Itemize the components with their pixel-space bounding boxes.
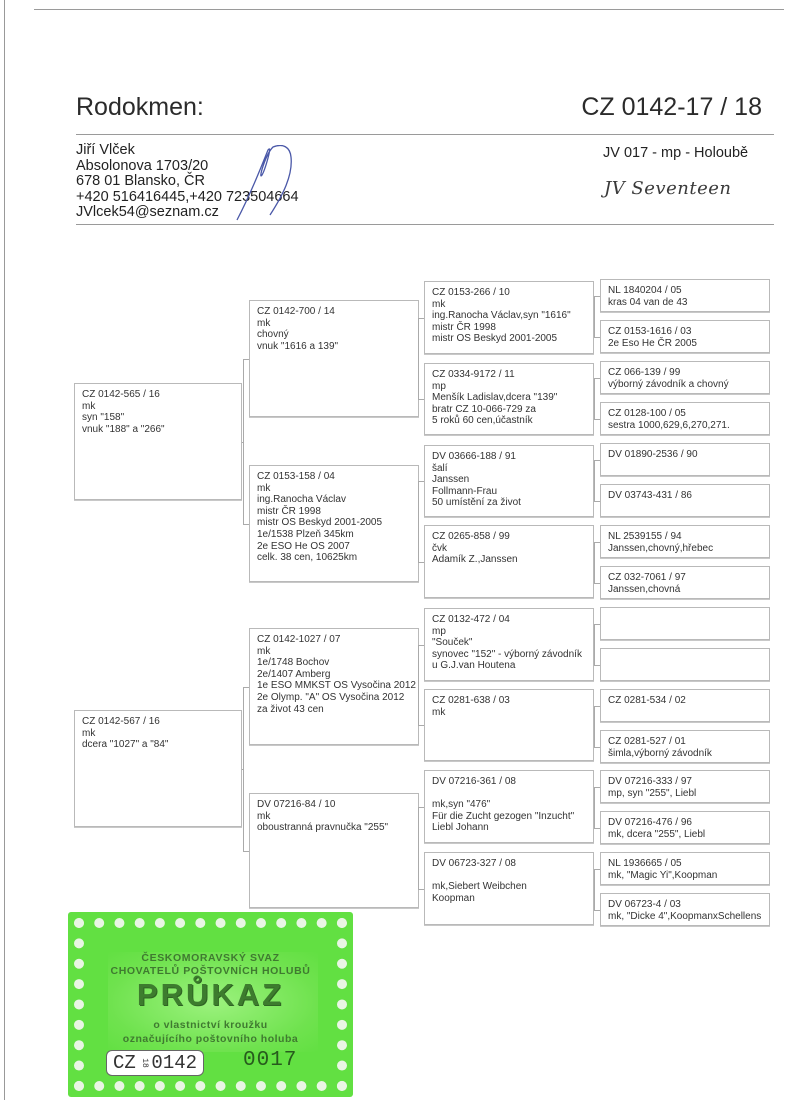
ring-id: DV 01890-2536 / 90 bbox=[608, 449, 762, 461]
note-line: výborný závodník a chovný bbox=[608, 379, 762, 391]
pedigree-box-gggp bbox=[600, 648, 770, 681]
pedigree-box-gggp: DV 01890-2536 / 90 bbox=[600, 443, 770, 476]
ring-id: CZ 0153-1616 / 03 bbox=[608, 326, 762, 338]
note-line: 2e/1407 Amberg bbox=[257, 669, 411, 681]
note-line: mk bbox=[432, 299, 586, 311]
note-line: 1e/1748 Bochov bbox=[257, 657, 411, 669]
connector-line bbox=[418, 645, 424, 646]
connector-line bbox=[418, 807, 424, 808]
ring-id: CZ 0128-100 / 05 bbox=[608, 408, 762, 420]
connector-line bbox=[594, 583, 600, 584]
ring-id: CZ 0142-700 / 14 bbox=[257, 306, 411, 318]
ownership-card: ČESKOMORAVSKÝ SVAZ CHOVATELŮ POŠTOVNÍCH … bbox=[68, 912, 353, 1097]
ring-id: NL 1936665 / 05 bbox=[608, 858, 762, 870]
note-line: 2e ESO He OS 2007 bbox=[257, 541, 411, 553]
connector-line bbox=[594, 869, 600, 870]
note-line: mp bbox=[432, 626, 586, 638]
note-line: "Souček" bbox=[432, 637, 586, 649]
note-line: mistr OS Beskyd 2001-2005 bbox=[257, 517, 411, 529]
connector-line bbox=[418, 645, 419, 726]
ring-number: CZ 0142-17 / 18 bbox=[581, 93, 762, 122]
note-line: 1e ESO MMKST OS Vysočina 2012 bbox=[257, 680, 411, 692]
note-line: u G.J.van Houtena bbox=[432, 660, 586, 672]
pedigree-box-father: CZ 0142-565 / 16mksyn "158"vnuk "188" a … bbox=[74, 383, 242, 500]
divider bbox=[76, 134, 774, 135]
note-line bbox=[432, 788, 586, 800]
note-line: Janssen,chovná bbox=[608, 584, 762, 596]
note-line: ing.Ranocha Václav,syn "1616" bbox=[432, 310, 586, 322]
note-line: Menšík Ladislav,dcera "139" bbox=[432, 392, 586, 404]
pedigree-box-gggp: CZ 066-139 / 99výborný závodník a chovný bbox=[600, 361, 770, 394]
pedigree-box-gggp: CZ 0281-534 / 02 bbox=[600, 689, 770, 722]
note-line bbox=[432, 870, 586, 882]
connector-line bbox=[418, 481, 424, 482]
note-line: Liebl Johann bbox=[432, 822, 586, 834]
note-line: bratr CZ 10-066-729 za bbox=[432, 404, 586, 416]
ring-id: CZ 0334-9172 / 11 bbox=[432, 369, 586, 381]
note-line: 5 roků 60 cen,účastník bbox=[432, 415, 586, 427]
connector-line bbox=[594, 624, 595, 665]
ring-id: NL 1840204 / 05 bbox=[608, 285, 762, 297]
connector-line bbox=[594, 828, 600, 829]
note-line: mk, dcera "255", Liebl bbox=[608, 829, 762, 841]
ring-id: DV 07216-333 / 97 bbox=[608, 776, 762, 788]
connector-line bbox=[594, 296, 595, 337]
pedigree-box-gggp: DV 03743-431 / 86 bbox=[600, 484, 770, 517]
connector-line bbox=[594, 665, 600, 666]
note-line: syn "158" bbox=[82, 412, 234, 424]
ring-id: CZ 0142-1027 / 07 bbox=[257, 634, 411, 646]
note-line: mk bbox=[257, 318, 411, 330]
ring-id: CZ 0281-638 / 03 bbox=[432, 695, 586, 707]
note-line: mk bbox=[82, 728, 234, 740]
pedigree-box-mother-father: CZ 0142-1027 / 07mk1e/1748 Bochov2e/1407… bbox=[249, 628, 419, 745]
note-line: mk, "Dicke 4",KoopmanxSchellens bbox=[608, 911, 762, 923]
connector-line bbox=[243, 687, 249, 688]
pedigree-box-mother-mother: DV 07216-84 / 10mkoboustranná pravnučka … bbox=[249, 793, 419, 908]
connector-line bbox=[594, 624, 600, 625]
note-line: kras 04 van de 43 bbox=[608, 297, 762, 309]
ring-id: DV 03666-188 / 91 bbox=[432, 451, 586, 463]
note-line: dcera "1027" a "84" bbox=[82, 739, 234, 751]
note-line: šalí bbox=[432, 463, 586, 475]
ring-serial: 0017 bbox=[243, 1049, 297, 1072]
note-line: šimla,výborný závodník bbox=[608, 748, 762, 760]
note-line: synovec "152" - výborný závodník bbox=[432, 649, 586, 661]
pedigree-box-gggp: DV 07216-476 / 96mk, dcera "255", Liebl bbox=[600, 811, 770, 844]
connector-line bbox=[594, 706, 595, 747]
pedigree-box-ggp: DV 03666-188 / 91šalíJanssenFollmann-Fra… bbox=[424, 445, 594, 517]
top-rule bbox=[34, 9, 784, 10]
connector-line bbox=[594, 747, 600, 748]
connector-line bbox=[594, 378, 595, 419]
pedigree-box-gggp: NL 1936665 / 05mk, "Magic Yi",Koopman bbox=[600, 852, 770, 885]
pigeon-descriptor: JV 017 - mp - Holoubě bbox=[603, 145, 748, 161]
note-line: 2e Eso He ČR 2005 bbox=[608, 338, 762, 350]
pedigree-box-gggp: CZ 0281-527 / 01šimla,výborný závodník bbox=[600, 730, 770, 763]
ring-id: DV 07216-476 / 96 bbox=[608, 817, 762, 829]
ring-id: CZ 0153-158 / 04 bbox=[257, 471, 411, 483]
card-desc-line2: označujícího poštovního holuba bbox=[68, 1033, 353, 1045]
divider bbox=[76, 224, 774, 225]
connector-line bbox=[418, 318, 424, 319]
note-line: mp bbox=[432, 381, 586, 393]
pedigree-box-ggp: CZ 0265-858 / 99čvkAdamík Z.,Janssen bbox=[424, 525, 594, 598]
ring-id: DV 07216-84 / 10 bbox=[257, 799, 411, 811]
note-line: mk bbox=[257, 811, 411, 823]
connector-line bbox=[594, 296, 600, 297]
pedigree-box-mother: CZ 0142-567 / 16mkdcera "1027" a "84" bbox=[74, 710, 242, 827]
note-line: mp, syn "255", Liebl bbox=[608, 788, 762, 800]
note-line: 1e/1538 Plzeň 345km bbox=[257, 529, 411, 541]
connector-line bbox=[594, 869, 595, 910]
note-line: Janssen bbox=[432, 474, 586, 486]
ring-id: CZ 0142-565 / 16 bbox=[82, 389, 234, 401]
pedigree-box-ggp: DV 07216-361 / 08mk,syn "476"Für die Zuc… bbox=[424, 770, 594, 843]
note-line: Koopman bbox=[432, 893, 586, 905]
note-line: vnuk "188" a "266" bbox=[82, 424, 234, 436]
pedigree-box-gggp bbox=[600, 607, 770, 640]
ring-id: DV 06723-327 / 08 bbox=[432, 858, 586, 870]
note-line: mistr ČR 1998 bbox=[432, 322, 586, 334]
ring-id: CZ 0265-858 / 99 bbox=[432, 531, 586, 543]
connector-line bbox=[594, 787, 595, 828]
connector-line bbox=[418, 318, 419, 400]
pedigree-box-gggp: CZ 032-7061 / 97Janssen,chovná bbox=[600, 566, 770, 599]
connector-line bbox=[243, 524, 249, 525]
pedigree-box-gggp: CZ 0153-1616 / 032e Eso He ČR 2005 bbox=[600, 320, 770, 353]
connector-line bbox=[418, 562, 424, 563]
note-line: za život 43 cen bbox=[257, 704, 411, 716]
pedigree-box-gggp: DV 06723-4 / 03mk, "Dicke 4",KoopmanxSch… bbox=[600, 893, 770, 926]
connector-line bbox=[418, 889, 424, 890]
pedigree-box-father-mother: CZ 0153-158 / 04mking.Ranocha Václavmist… bbox=[249, 465, 419, 582]
ring-id: NL 2539155 / 94 bbox=[608, 531, 762, 543]
note-line: mk bbox=[257, 483, 411, 495]
connector-line bbox=[418, 725, 424, 726]
note-line: mk bbox=[257, 646, 411, 658]
pedigree-box-father-father: CZ 0142-700 / 14mkchovnývnuk "1616 a 139… bbox=[249, 300, 419, 417]
note-line: celk. 38 cen, 10625km bbox=[257, 552, 411, 564]
note-line: mk bbox=[82, 401, 234, 413]
connector-line bbox=[594, 460, 600, 461]
connector-line bbox=[594, 542, 595, 583]
connector-line bbox=[243, 851, 249, 852]
note-line: mk bbox=[432, 707, 586, 719]
pedigree-box-gggp: DV 07216-333 / 97mp, syn "255", Liebl bbox=[600, 770, 770, 803]
card-org-line2: CHOVATELŮ POŠTOVNÍCH HOLUBŮ bbox=[68, 965, 353, 977]
note-line: ing.Ranocha Václav bbox=[257, 494, 411, 506]
ring-id: CZ 0281-527 / 01 bbox=[608, 736, 762, 748]
connector-line bbox=[243, 359, 249, 360]
note-line: mk,syn "476" bbox=[432, 799, 586, 811]
pedigree-box-ggp: DV 06723-327 / 08mk,Siebert WeibchenKoop… bbox=[424, 852, 594, 925]
note-line: čvk bbox=[432, 543, 586, 555]
connector-line bbox=[594, 378, 600, 379]
note-line: Adamík Z.,Janssen bbox=[432, 554, 586, 566]
pedigree-box-ggp: CZ 0281-638 / 03mk bbox=[424, 689, 594, 761]
connector-line bbox=[594, 501, 600, 502]
note-line: mk, "Magic Yi",Koopman bbox=[608, 870, 762, 882]
ring-id: DV 07216-361 / 08 bbox=[432, 776, 586, 788]
note-line: Follmann-Frau bbox=[432, 486, 586, 498]
connector-line bbox=[594, 787, 600, 788]
note-line: mistr OS Beskyd 2001-2005 bbox=[432, 333, 586, 345]
note-line: mk,Siebert Weibchen bbox=[432, 881, 586, 893]
connector-line bbox=[594, 910, 600, 911]
card-title: PRŮKAZ bbox=[68, 977, 353, 1013]
ring-country: CZ bbox=[113, 1051, 136, 1075]
note-line: Für die Zucht gezogen "Inzucht" bbox=[432, 811, 586, 823]
pigeon-name-handwritten: JV Seventeen bbox=[604, 178, 731, 199]
ring-id: DV 06723-4 / 03 bbox=[608, 899, 762, 911]
ring-id: CZ 0142-567 / 16 bbox=[82, 716, 234, 728]
signature-icon bbox=[235, 145, 295, 225]
pedigree-box-gggp: CZ 0128-100 / 05sestra 1000,629,6,270,27… bbox=[600, 402, 770, 435]
scan-edge bbox=[4, 0, 5, 1100]
pedigree-box-gggp: NL 1840204 / 05kras 04 van de 43 bbox=[600, 279, 770, 312]
note-line: Janssen,chovný,hřebec bbox=[608, 543, 762, 555]
card-org-line1: ČESKOMORAVSKÝ SVAZ bbox=[68, 952, 353, 964]
card-desc-line1: o vlastnictví kroužku bbox=[68, 1019, 353, 1031]
connector-line bbox=[594, 542, 600, 543]
connector-line bbox=[594, 460, 595, 501]
note-line: 50 umístění za život bbox=[432, 497, 586, 509]
note-line: mistr ČR 1998 bbox=[257, 506, 411, 518]
pedigree-box-gggp: NL 2539155 / 94Janssen,chovný,hřebec bbox=[600, 525, 770, 558]
connector-line bbox=[594, 706, 600, 707]
pedigree-box-ggp: CZ 0334-9172 / 11mpMenšík Ladislav,dcera… bbox=[424, 363, 594, 435]
connector-line bbox=[418, 807, 419, 889]
ring-id: CZ 0281-534 / 02 bbox=[608, 695, 762, 707]
note-line: vnuk "1616 a 139" bbox=[257, 341, 411, 353]
connector-line bbox=[243, 359, 244, 524]
pedigree-box-ggp: CZ 0153-266 / 10mking.Ranocha Václav,syn… bbox=[424, 281, 594, 354]
connector-line bbox=[594, 419, 600, 420]
connector-line bbox=[418, 399, 424, 400]
note-line: 2e Olymp. "A" OS Vysočina 2012 bbox=[257, 692, 411, 704]
ring-id: CZ 032-7061 / 97 bbox=[608, 572, 762, 584]
ring-id: CZ 0132-472 / 04 bbox=[432, 614, 586, 626]
connector-line bbox=[594, 337, 600, 338]
page-title: Rodokmen: bbox=[76, 93, 204, 122]
ring-year: 18 bbox=[140, 1058, 148, 1068]
ring-id: DV 03743-431 / 86 bbox=[608, 490, 762, 502]
pedigree-box-ggp: CZ 0132-472 / 04mp"Souček"synovec "152" … bbox=[424, 608, 594, 681]
connector-line bbox=[418, 481, 419, 562]
note-line: oboustranná pravnučka "255" bbox=[257, 822, 411, 834]
connector-line bbox=[243, 687, 244, 851]
ring-id: CZ 0153-266 / 10 bbox=[432, 287, 586, 299]
ring-badge: CZ 18 0142 bbox=[106, 1050, 204, 1076]
note-line: sestra 1000,629,6,270,271. bbox=[608, 420, 762, 432]
ring-club: 0142 bbox=[151, 1051, 197, 1075]
note-line: chovný bbox=[257, 329, 411, 341]
ring-id: CZ 066-139 / 99 bbox=[608, 367, 762, 379]
